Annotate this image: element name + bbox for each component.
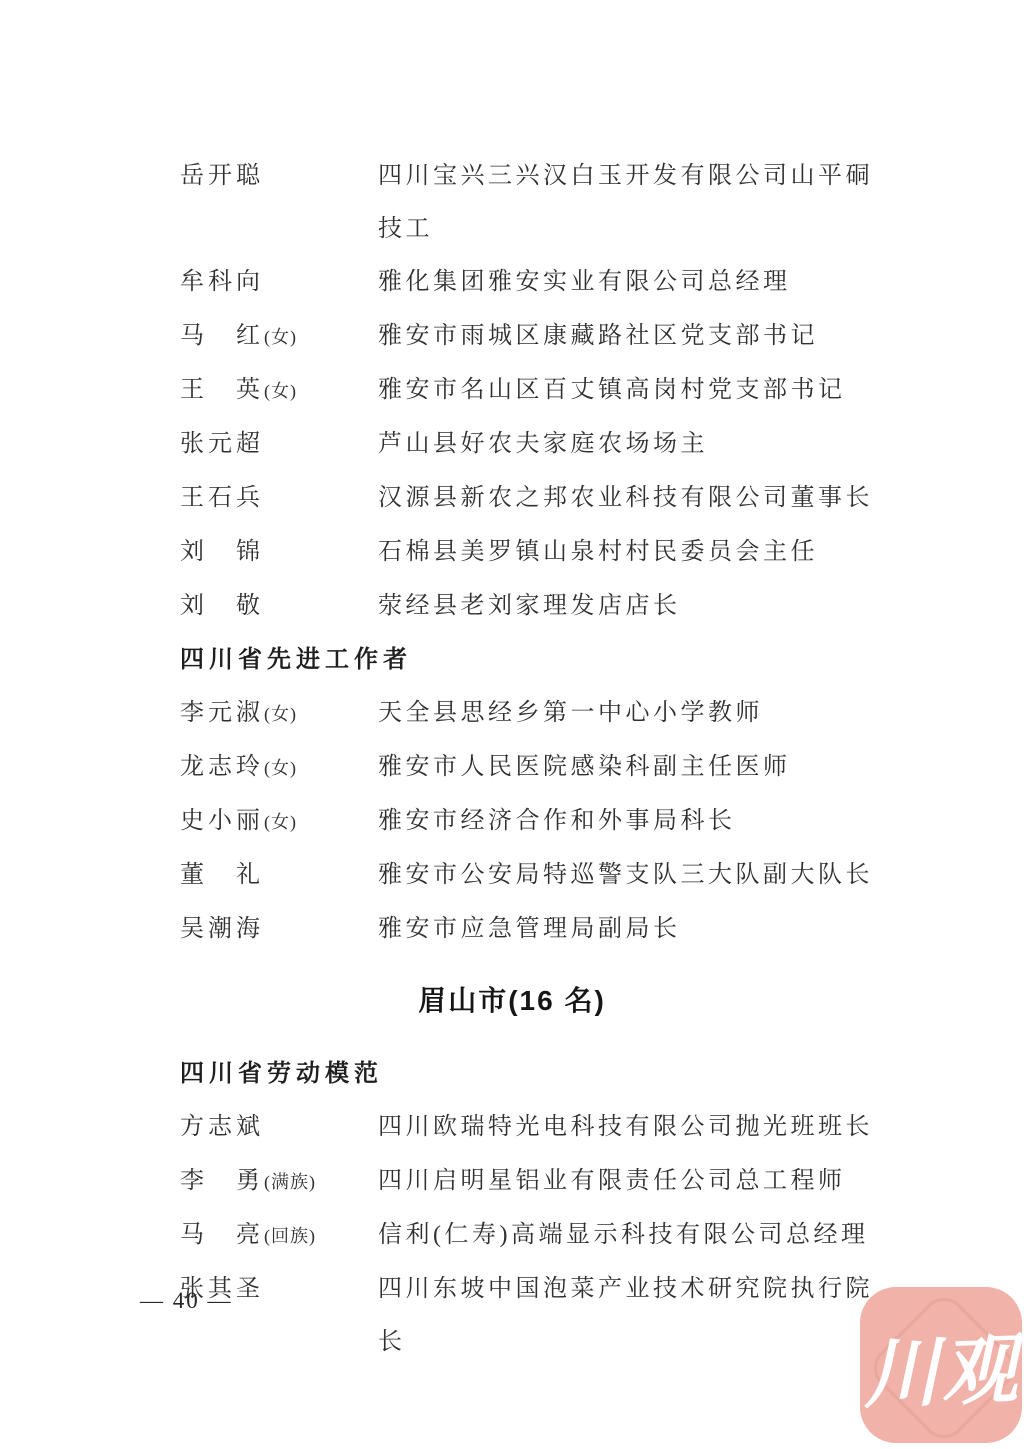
laborer-name: 张元超 (180, 431, 264, 457)
laborer-name: 王石兵 (180, 485, 264, 511)
laborer-name: 马 红 (180, 323, 264, 349)
list-item: 牟科向雅化集团雅安实业有限公司总经理 (180, 256, 886, 310)
laborer-name: 龙志玲 (180, 754, 264, 780)
name-cell: 李元淑(女) (180, 687, 378, 741)
laborer-name: 王 英 (180, 377, 264, 403)
name-cell: 方志斌 (180, 1101, 378, 1155)
laborer-name: 史小丽 (180, 808, 264, 834)
honor-roll-list: 岳开聪四川宝兴三兴汉白玉开发有限公司山平硐技工牟科向雅化集团雅安实业有限公司总经… (180, 150, 886, 1369)
laborer-name: 李元淑 (180, 700, 264, 726)
laborer-name: 刘 锦 (180, 539, 264, 565)
city-heading: 眉山市(16 名) (0, 981, 1024, 1021)
laborer-position: 雅安市经济合作和外事局科长 (378, 795, 884, 848)
name-cell: 龙志玲(女) (180, 741, 378, 795)
list-item: 方志斌四川欧瑞特光电科技有限公司抛光班班长 (180, 1101, 886, 1155)
laborer-name: 刘 敬 (180, 593, 264, 619)
name-cell: 吴潮海 (180, 903, 378, 957)
laborer-position: 雅安市人民医院感染科副主任医师 (378, 741, 884, 794)
laborer-name: 李 勇 (180, 1168, 264, 1194)
laborer-position: 雅安市名山区百丈镇高岗村党支部书记 (378, 364, 884, 417)
page-number: — 40 — (140, 1288, 233, 1314)
list-item: 刘 敬荥经县老刘家理发店店长 (180, 580, 886, 634)
laborer-position: 天全县思经乡第一中心小学教师 (378, 687, 884, 740)
list-item: 王 英(女)雅安市名山区百丈镇高岗村党支部书记 (180, 364, 886, 418)
list-item: 马 红(女)雅安市雨城区康藏路社区党支部书记 (180, 310, 886, 364)
laborer-position: 四川东坡中国泡菜产业技术研究院执行院长 (378, 1263, 884, 1369)
list-item: 史小丽(女)雅安市经济合作和外事局科长 (180, 795, 886, 849)
list-item: 李 勇(满族)四川启明星铝业有限责任公司总工程师 (180, 1155, 886, 1209)
chuanguan-logo: 川观 (860, 1287, 1022, 1443)
award-category-heading: 四川省先进工作者 (180, 634, 886, 687)
gender-ethnic-note: (回族) (264, 1226, 316, 1246)
laborer-name: 吴潮海 (180, 916, 264, 942)
gender-ethnic-note: (女) (264, 327, 297, 347)
list-item: 龙志玲(女)雅安市人民医院感染科副主任医师 (180, 741, 886, 795)
name-cell: 董 礼 (180, 849, 378, 903)
name-cell: 马 亮(回族) (180, 1209, 378, 1263)
list-item: 岳开聪四川宝兴三兴汉白玉开发有限公司山平硐技工 (180, 150, 886, 256)
name-cell: 李 勇(满族) (180, 1155, 378, 1209)
gender-ethnic-note: (满族) (264, 1172, 316, 1192)
gender-ethnic-note: (女) (264, 812, 297, 832)
laborer-name: 牟科向 (180, 269, 264, 295)
name-cell: 张元超 (180, 418, 378, 472)
laborer-position: 四川宝兴三兴汉白玉开发有限公司山平硐技工 (378, 150, 884, 256)
name-cell: 王 英(女) (180, 364, 378, 418)
chuanguan-logo-text: 川观 (860, 1287, 1022, 1443)
gender-ethnic-note: (女) (264, 758, 297, 778)
laborer-position: 雅安市应急管理局副局长 (378, 903, 884, 956)
laborer-position: 雅化集团雅安实业有限公司总经理 (378, 256, 884, 309)
name-cell: 岳开聪 (180, 150, 378, 204)
laborer-position: 信利(仁寿)高端显示科技有限公司总经理 (378, 1209, 884, 1262)
list-item: 马 亮(回族)信利(仁寿)高端显示科技有限公司总经理 (180, 1209, 886, 1263)
laborer-position: 荥经县老刘家理发店店长 (378, 580, 884, 633)
laborer-name: 董 礼 (180, 862, 264, 888)
list-item: 张元超芦山县好农夫家庭农场场主 (180, 418, 886, 472)
laborer-name: 岳开聪 (180, 163, 264, 189)
list-item: 董 礼雅安市公安局特巡警支队三大队副大队长 (180, 849, 886, 903)
name-cell: 史小丽(女) (180, 795, 378, 849)
laborer-position: 雅安市雨城区康藏路社区党支部书记 (378, 310, 884, 363)
laborer-position: 四川欧瑞特光电科技有限公司抛光班班长 (378, 1101, 884, 1154)
laborer-position: 石棉县美罗镇山泉村村民委员会主任 (378, 526, 884, 579)
list-item: 吴潮海雅安市应急管理局副局长 (180, 903, 886, 957)
gender-ethnic-note: (女) (264, 381, 297, 401)
name-cell: 王石兵 (180, 472, 378, 526)
list-item: 王石兵汉源县新农之邦农业科技有限公司董事长 (180, 472, 886, 526)
laborer-position: 四川启明星铝业有限责任公司总工程师 (378, 1155, 884, 1208)
name-cell: 马 红(女) (180, 310, 378, 364)
gender-ethnic-note: (女) (264, 704, 297, 724)
list-item: 刘 锦石棉县美罗镇山泉村村民委员会主任 (180, 526, 886, 580)
laborer-position: 芦山县好农夫家庭农场场主 (378, 418, 884, 471)
award-category-heading: 四川省劳动模范 (180, 1048, 886, 1101)
name-cell: 刘 敬 (180, 580, 378, 634)
laborer-name: 马 亮 (180, 1222, 264, 1248)
laborer-position: 雅安市公安局特巡警支队三大队副大队长 (378, 849, 884, 902)
list-item: 李元淑(女)天全县思经乡第一中心小学教师 (180, 687, 886, 741)
name-cell: 牟科向 (180, 256, 378, 310)
name-cell: 刘 锦 (180, 526, 378, 580)
list-item: 张其圣四川东坡中国泡菜产业技术研究院执行院长 (180, 1263, 886, 1369)
laborer-name: 方志斌 (180, 1114, 264, 1140)
laborer-position: 汉源县新农之邦农业科技有限公司董事长 (378, 472, 884, 525)
document-page: 岳开聪四川宝兴三兴汉白玉开发有限公司山平硐技工牟科向雅化集团雅安实业有限公司总经… (0, 0, 1024, 1449)
